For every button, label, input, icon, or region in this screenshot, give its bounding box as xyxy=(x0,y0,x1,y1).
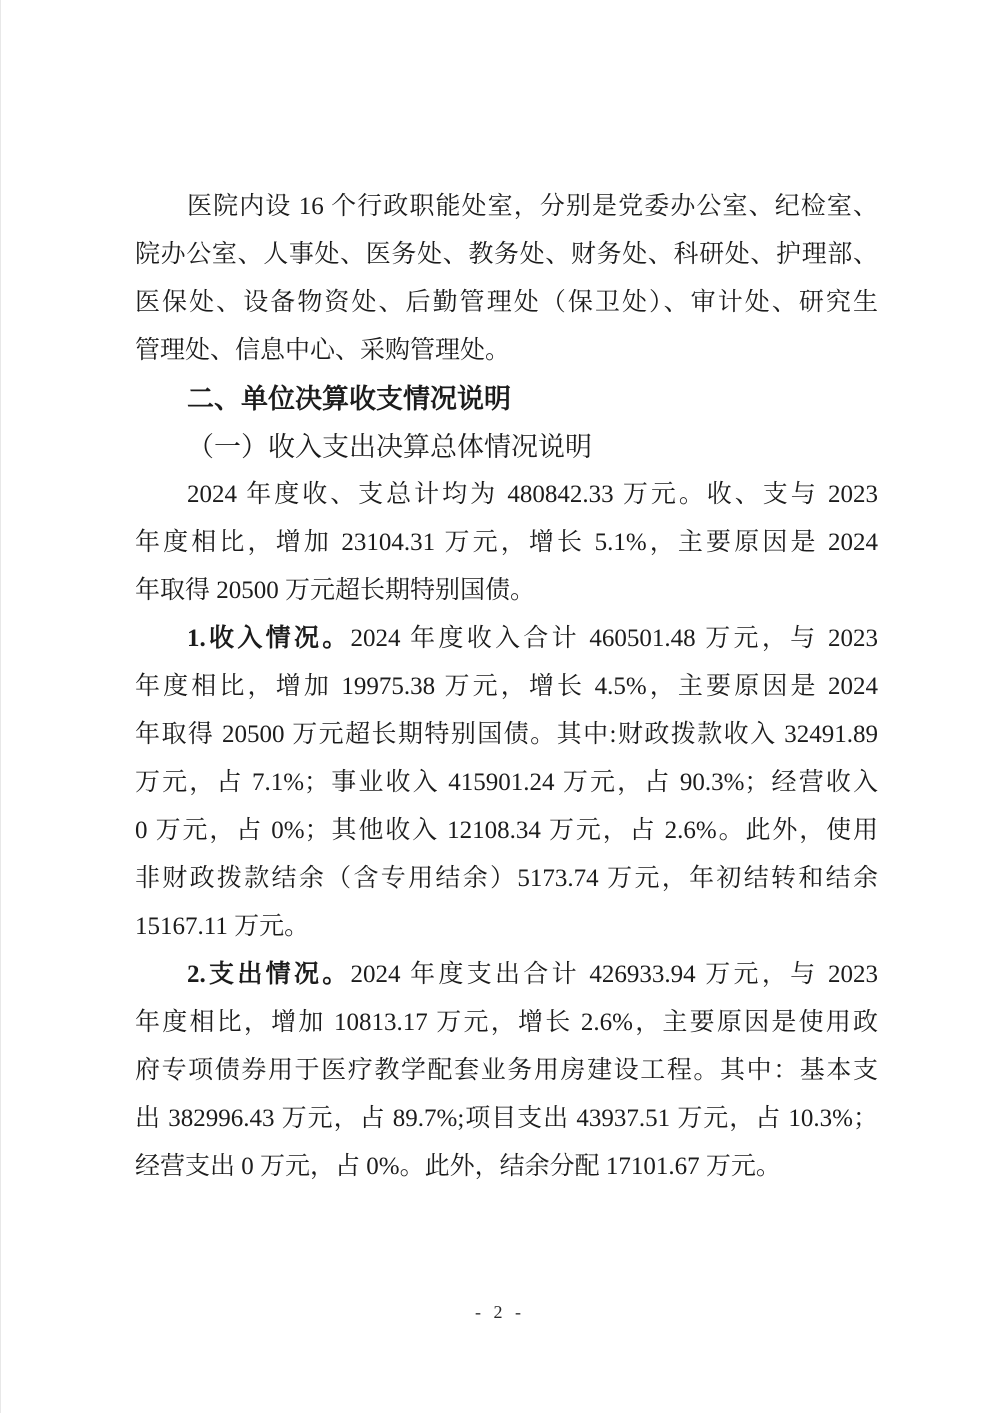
text-run: 15167.11 万元。 xyxy=(135,913,309,940)
text-line: 0 万元，占 0%；其他收入 12108.34 万元，占 2.6%。此外，使用 xyxy=(135,807,878,855)
text-run: 万元，占 7.1%；事业收入 415901.24 万元，占 90.3%；经营收入 xyxy=(135,769,878,796)
text-line: 年度相比，增加 23104.31 万元，增长 5.1%，主要原因是 2024 xyxy=(135,519,878,567)
text-line: 2024 年度收、支总计均为 480842.33 万元。收、支与 2023 xyxy=(135,471,878,519)
text-run: 二、单位决算收支情况说明 xyxy=(187,384,511,414)
text-run: 年取得 20500 万元超长期特别国债。 xyxy=(135,577,535,604)
bold-text-run: 2.支出情况。 xyxy=(187,961,351,988)
text-run: 0 万元，占 0%；其他收入 12108.34 万元，占 2.6%。此外，使用 xyxy=(135,817,878,844)
text-run: 出 382996.43 万元，占 89.7%;项目支出 43937.51 万元，… xyxy=(135,1105,878,1132)
text-run: 非财政拨款结余（含专用结余）5173.74 万元，年初结转和结余 xyxy=(135,865,878,892)
text-line: 出 382996.43 万元，占 89.7%;项目支出 43937.51 万元，… xyxy=(135,1095,878,1143)
text-line: 二、单位决算收支情况说明 xyxy=(135,375,878,423)
document-body: 医院内设 16 个行政职能处室，分别是党委办公室、纪检室、院办公室、人事处、医务… xyxy=(135,183,878,1191)
text-line: 年度相比，增加 19975.38 万元，增长 4.5%，主要原因是 2024 xyxy=(135,663,878,711)
subsection-heading: （一）收入支出决算总体情况说明 xyxy=(135,423,878,471)
text-line: 管理处、信息中心、采购管理处。 xyxy=(135,327,878,375)
income-situation-paragraph: 1.收入情况。2024 年度收入合计 460501.48 万元，与 2023年度… xyxy=(135,615,878,951)
text-line: 1.收入情况。2024 年度收入合计 460501.48 万元，与 2023 xyxy=(135,615,878,663)
text-run: 2024 年度收入合计 460501.48 万元，与 2023 xyxy=(351,625,878,652)
expenditure-situation-paragraph: 2.支出情况。2024 年度支出合计 426933.94 万元，与 2023年度… xyxy=(135,951,878,1191)
total-revenue-expenditure-paragraph: 2024 年度收、支总计均为 480842.33 万元。收、支与 2023年度相… xyxy=(135,471,878,615)
text-run: 府专项债券用于医疗教学配套业务用房建设工程。其中：基本支 xyxy=(135,1057,878,1084)
text-line: 院办公室、人事处、医务处、教务处、财务处、科研处、护理部、 xyxy=(135,231,878,279)
scan-edge-artifact xyxy=(0,0,1,1413)
text-line: 经营支出 0 万元，占 0%。此外，结余分配 17101.67 万元。 xyxy=(135,1143,878,1191)
page-number: - 2 - xyxy=(0,1302,1000,1323)
text-line: 医保处、设备物资处、后勤管理处（保卫处）、审计处、研究生 xyxy=(135,279,878,327)
text-run: 2024 年度收、支总计均为 480842.33 万元。收、支与 2023 xyxy=(187,481,878,508)
text-run: 经营支出 0 万元，占 0%。此外，结余分配 17101.67 万元。 xyxy=(135,1153,781,1180)
text-run: 年取得 20500 万元超长期特别国债。其中:财政拨款收入 32491.89 xyxy=(135,721,878,748)
text-line: 15167.11 万元。 xyxy=(135,903,878,951)
text-run: 医院内设 16 个行政职能处室，分别是党委办公室、纪检室、 xyxy=(187,193,878,220)
text-line: （一）收入支出决算总体情况说明 xyxy=(135,423,878,471)
text-run: 院办公室、人事处、医务处、教务处、财务处、科研处、护理部、 xyxy=(135,241,878,268)
text-line: 年取得 20500 万元超长期特别国债。其中:财政拨款收入 32491.89 xyxy=(135,711,878,759)
text-line: 非财政拨款结余（含专用结余）5173.74 万元，年初结转和结余 xyxy=(135,855,878,903)
intro-departments-paragraph: 医院内设 16 个行政职能处室，分别是党委办公室、纪检室、院办公室、人事处、医务… xyxy=(135,183,878,375)
document-page: 医院内设 16 个行政职能处室，分别是党委办公室、纪检室、院办公室、人事处、医务… xyxy=(0,0,1000,1413)
text-run: （一）收入支出决算总体情况说明 xyxy=(187,432,592,462)
text-line: 府专项债券用于医疗教学配套业务用房建设工程。其中：基本支 xyxy=(135,1047,878,1095)
text-run: 年度相比，增加 19975.38 万元，增长 4.5%，主要原因是 2024 xyxy=(135,673,878,700)
text-line: 年度相比，增加 10813.17 万元，增长 2.6%，主要原因是使用政 xyxy=(135,999,878,1047)
section-heading: 二、单位决算收支情况说明 xyxy=(135,375,878,423)
text-line: 年取得 20500 万元超长期特别国债。 xyxy=(135,567,878,615)
bold-text-run: 1.收入情况。 xyxy=(187,625,351,652)
text-line: 医院内设 16 个行政职能处室，分别是党委办公室、纪检室、 xyxy=(135,183,878,231)
text-run: 医保处、设备物资处、后勤管理处（保卫处）、审计处、研究生 xyxy=(135,289,878,316)
text-line: 万元，占 7.1%；事业收入 415901.24 万元，占 90.3%；经营收入 xyxy=(135,759,878,807)
text-line: 2.支出情况。2024 年度支出合计 426933.94 万元，与 2023 xyxy=(135,951,878,999)
text-run: 年度相比，增加 10813.17 万元，增长 2.6%，主要原因是使用政 xyxy=(135,1009,878,1036)
text-run: 管理处、信息中心、采购管理处。 xyxy=(135,337,510,364)
text-run: 2024 年度支出合计 426933.94 万元，与 2023 xyxy=(351,961,878,988)
text-run: 年度相比，增加 23104.31 万元，增长 5.1%，主要原因是 2024 xyxy=(135,529,878,556)
